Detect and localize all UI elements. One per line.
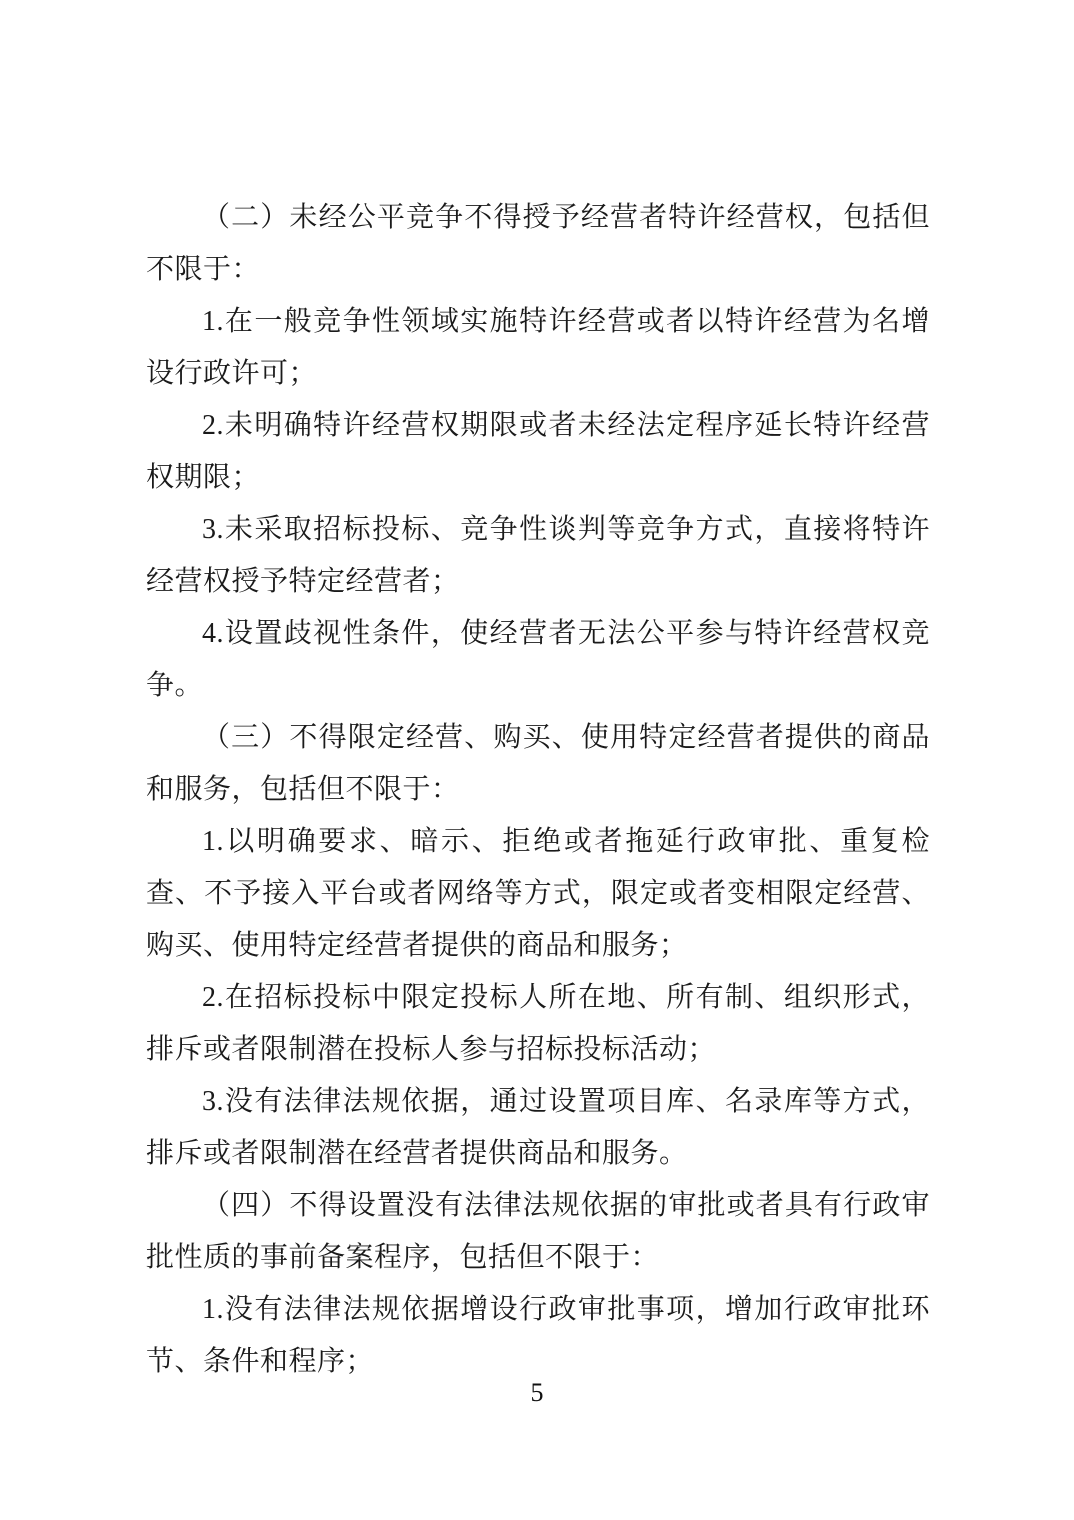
paragraph-item-4-heading: （四）不得设置没有法律法规依据的审批或者具有行政审批性质的事前备案程序，包括但不… xyxy=(146,1180,930,1284)
paragraph-item-3-heading: （三）不得限定经营、购买、使用特定经营者提供的商品和服务，包括但不限于： xyxy=(146,712,930,816)
paragraph-item-2-point-3: 3.未采取招标投标、竞争性谈判等竞争方式，直接将特许经营权授予特定经营者； xyxy=(146,504,930,608)
paragraph-item-3-point-3: 3.没有法律法规依据，通过设置项目库、名录库等方式，排斥或者限制潜在经营者提供商… xyxy=(146,1076,930,1180)
page-number: 5 xyxy=(0,1378,1074,1408)
document-body: （二）未经公平竞争不得授予经营者特许经营权，包括但不限于： 1.在一般竞争性领域… xyxy=(146,192,930,1388)
paragraph-item-2-heading: （二）未经公平竞争不得授予经营者特许经营权，包括但不限于： xyxy=(146,192,930,296)
paragraph-item-2-point-1: 1.在一般竞争性领域实施特许经营或者以特许经营为名增设行政许可； xyxy=(146,296,930,400)
document-page: （二）未经公平竞争不得授予经营者特许经营权，包括但不限于： 1.在一般竞争性领域… xyxy=(0,0,1074,1520)
paragraph-item-4-point-1: 1.没有法律法规依据增设行政审批事项，增加行政审批环节、条件和程序； xyxy=(146,1284,930,1388)
paragraph-item-2-point-2: 2.未明确特许经营权期限或者未经法定程序延长特许经营权期限； xyxy=(146,400,930,504)
paragraph-item-3-point-1: 1.以明确要求、暗示、拒绝或者拖延行政审批、重复检查、不予接入平台或者网络等方式… xyxy=(146,816,930,972)
paragraph-item-2-point-4: 4.设置歧视性条件，使经营者无法公平参与特许经营权竞争。 xyxy=(146,608,930,712)
paragraph-item-3-point-2: 2.在招标投标中限定投标人所在地、所有制、组织形式，排斥或者限制潜在投标人参与招… xyxy=(146,972,930,1076)
